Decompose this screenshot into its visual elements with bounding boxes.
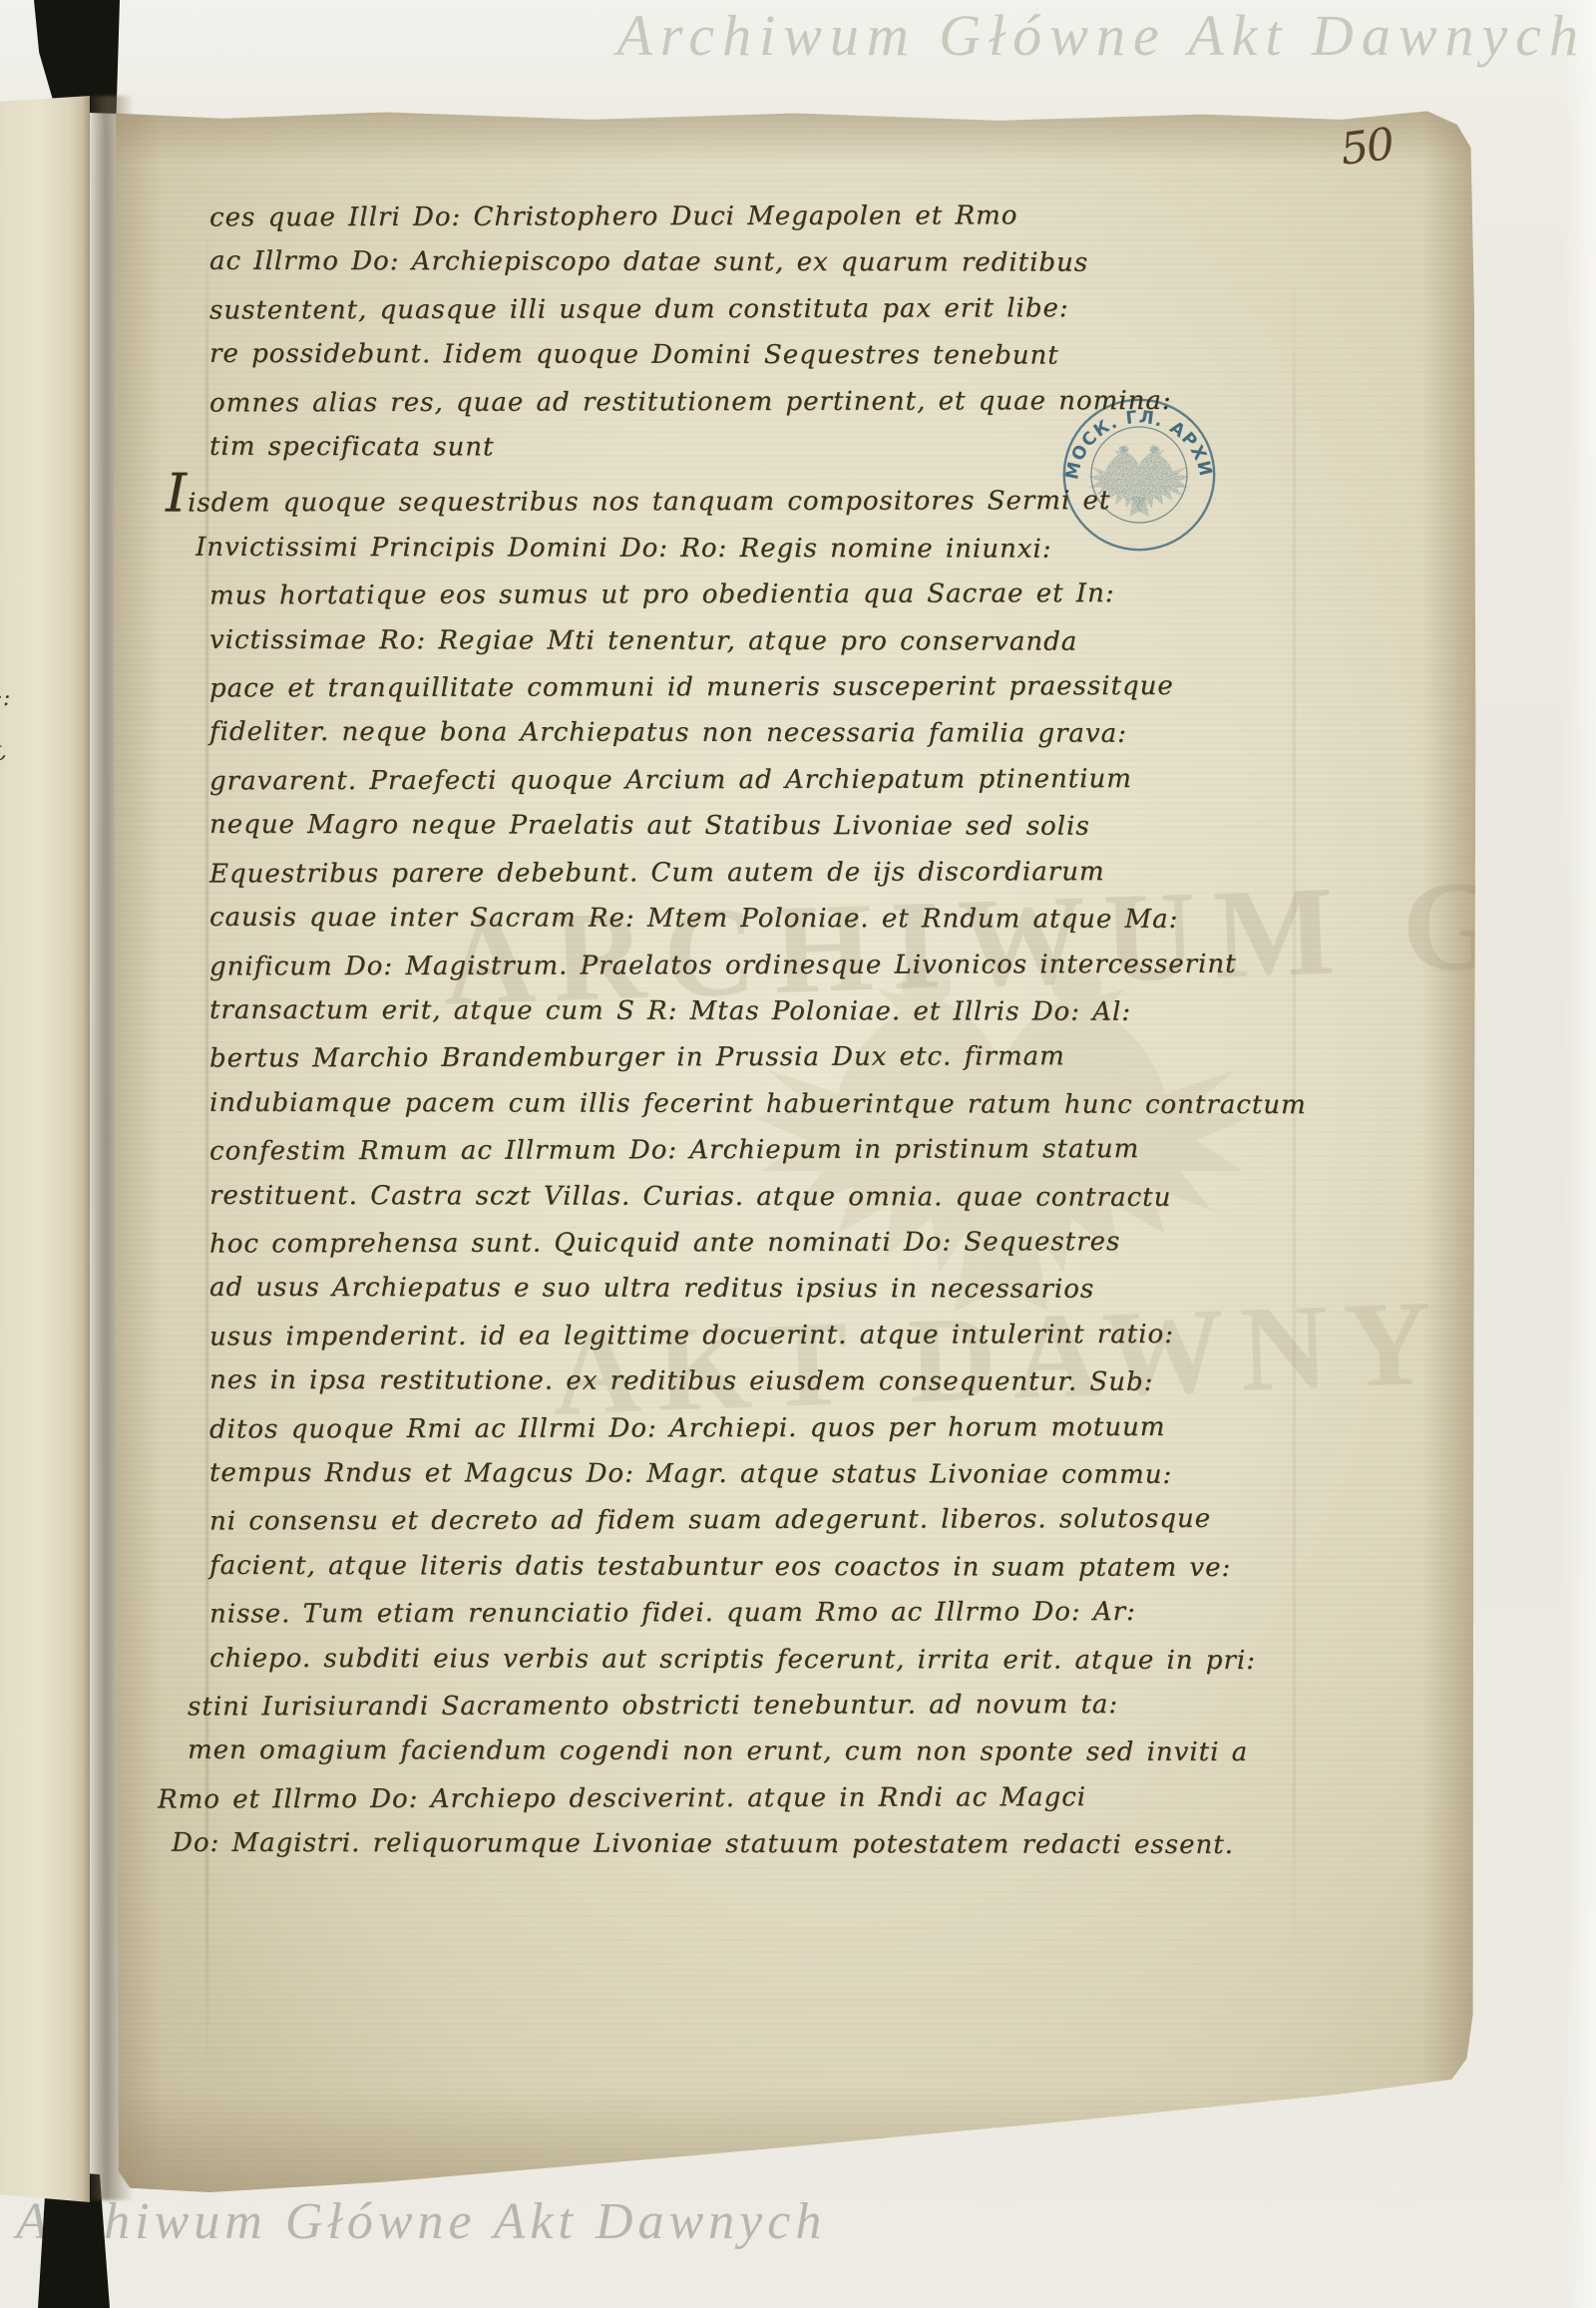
manuscript-line: victissimae Ro: Regiae Mti tenentur, atq… [209,616,1327,665]
manuscript-line: indubiamque pacem cum illis fecerint hab… [209,1080,1327,1129]
manuscript-line: Iisdem quoque sequestribus nos tanquam c… [166,470,1327,527]
manuscript-line: pace et tranquillitate communi id muneri… [209,663,1327,712]
margin-ink-mark: t, [0,737,10,764]
manuscript-line: hoc comprehensa sunt. Quicquid ante nomi… [209,1218,1327,1267]
manuscript-lines: ces quae Illri Do: Christophero Duci Meg… [209,193,1327,1868]
folio-number: 50 [1338,119,1396,176]
manuscript-page: ARCHIWUM G AKT DAWNY МОСК. ГЛ. АРХИВЪ 50… [114,102,1476,2192]
watermark-bottom: Archiwum Główne Akt Dawnych [16,2192,826,2251]
manuscript-line: nes in ipsa restitutione. ex reditibus e… [209,1357,1327,1406]
manuscript-line: omnes alias res, quae ad restitutionem p… [209,377,1327,426]
manuscript-line: Rmo et Illrmo Do: Archiepo desciverint. … [158,1773,1327,1822]
manuscript-line: transactum erit, atque cum S R: Mtas Pol… [209,987,1327,1036]
manuscript-line: restituent. Castra sczt Villas. Curias. … [209,1172,1327,1221]
manuscript-line: Equestribus parere debebunt. Cum autem d… [209,848,1327,897]
manuscript-line: men omagium faciendum cogendi non erunt,… [188,1728,1327,1776]
watermark-top: Archiwum Główne Akt Dawnych [616,2,1586,69]
manuscript-line: ni consensu et decreto ad fidem suam ade… [209,1496,1327,1545]
manuscript-line: Invictissimi Principis Domini Do: Ro: Re… [196,525,1327,574]
manuscript-line: causis quae inter Sacram Re: Mtem Poloni… [209,895,1327,944]
archive-scan: { "archive": { "watermark_text": "Archiw… [0,0,1596,2308]
manuscript-line: chiepo. subditi eius verbis aut scriptis… [209,1635,1327,1684]
manuscript-line: sustentent, quasque illi usque dum const… [209,284,1327,333]
manuscript-line: gnificum Do: Magistrum. Praelatos ordine… [209,941,1327,989]
manuscript-line: fideliter. neque bona Archiepatus non ne… [209,709,1327,758]
manuscript-line: ac Illrmo Do: Archiepiscopo datae sunt, … [209,238,1327,287]
manuscript-line: confestim Rmum ac Illrmum Do: Archiepum … [209,1126,1327,1175]
manuscript-line: ad usus Archiepatus e suo ultra reditus … [209,1265,1327,1314]
margin-ink-mark: ·: [0,686,10,711]
manuscript-line: bertus Marchio Brandemburger in Prussia … [209,1033,1327,1082]
manuscript-line: tempus Rndus et Magcus Do: Magr. atque s… [209,1450,1327,1499]
manuscript-line: usus impenderint. id ea legittime docuer… [209,1311,1327,1359]
manuscript-line: gravarent. Praefecti quoque Arcium ad Ar… [209,755,1327,804]
manuscript-line: mus hortatique eos sumus ut pro obedient… [209,571,1327,619]
manuscript-line: re possidebunt. Iidem quoque Domini Sequ… [209,331,1327,380]
manuscript-line: neque Magro neque Praelatis aut Statibus… [209,802,1327,851]
manuscript-line: nisse. Tum etiam renunciatio fidei. quam… [209,1589,1327,1638]
mat-edge-highlight [1562,0,1596,2308]
manuscript-line: ces quae Illri Do: Christophero Duci Meg… [209,192,1327,241]
facing-page-edge: ·: t, [0,96,90,2202]
manuscript-line: stini Iurisiurandi Sacramento obstricti … [188,1682,1327,1731]
manuscript-line: tim specificata sunt [209,424,1327,473]
manuscript-line: facient, atque literis datis testabuntur… [209,1543,1327,1592]
manuscript-line: ditos quoque Rmi ac Illrmi Do: Archiepi.… [209,1403,1327,1452]
manuscript-line: Do: Magistri. reliquorumque Livoniae sta… [172,1820,1327,1869]
